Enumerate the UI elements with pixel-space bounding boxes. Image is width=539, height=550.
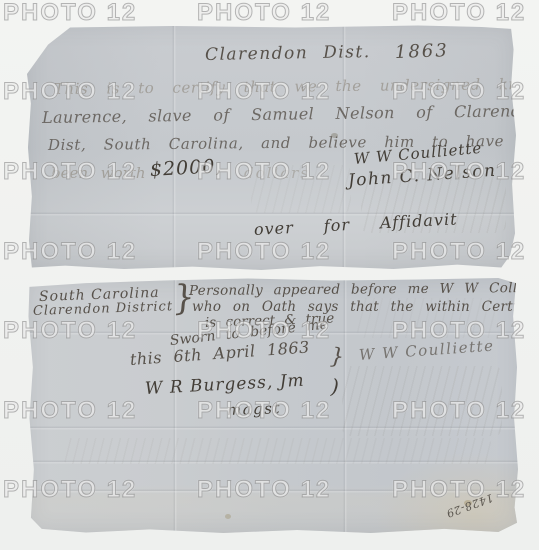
front-year: 1863 (395, 42, 449, 62)
back-witness-signature: W W Coulliette (358, 339, 494, 363)
front-heading: Clarendon Dist. (205, 44, 371, 64)
fold-crease (27, 489, 518, 493)
front-body-line4-left: been worth (51, 166, 146, 181)
photo12-watermark-tile: PHOTO 12 (197, 1, 331, 25)
front-body-line1: This is to certify that we the undersign… (54, 77, 539, 97)
back-sworn-line2: this 6th April 1863 (129, 339, 310, 368)
photograph-canvas: Clarendon Dist. 1863 This is to certify … (0, 0, 539, 550)
document-back-paper: South Carolina Clarendon District } Pers… (27, 278, 518, 533)
photo12-watermark-tile: PHOTO 12 (392, 1, 526, 25)
back-sworn-brace: } (329, 346, 345, 369)
back-magistrate-signature: W R Burgess, Jm (145, 373, 305, 398)
document-front-paper: Clarendon Dist. 1863 This is to certify … (26, 25, 516, 270)
stain-spot (225, 514, 231, 519)
back-affidavit-line2: who on Oath says that the within Certifi… (192, 301, 539, 315)
back-magistrate-title: magst (227, 401, 281, 418)
ink-bleedthrough (342, 366, 502, 436)
front-body-line2: Laurence, slave of Samuel Nelson of Clar… (42, 103, 539, 126)
back-pencil-catalog-number: 1428-29 (445, 492, 495, 519)
front-body-line4-right: dollars (244, 166, 310, 181)
front-amount: $2000, (150, 157, 223, 180)
photo12-watermark-tile: PHOTO 12 (3, 1, 137, 25)
back-magistrate-paren: ) (330, 376, 339, 396)
ink-bleedthrough (62, 438, 492, 464)
back-affidavit-line1: Personally appeared before me W W Collet… (189, 282, 539, 299)
back-district: Clarendon District (33, 300, 174, 318)
